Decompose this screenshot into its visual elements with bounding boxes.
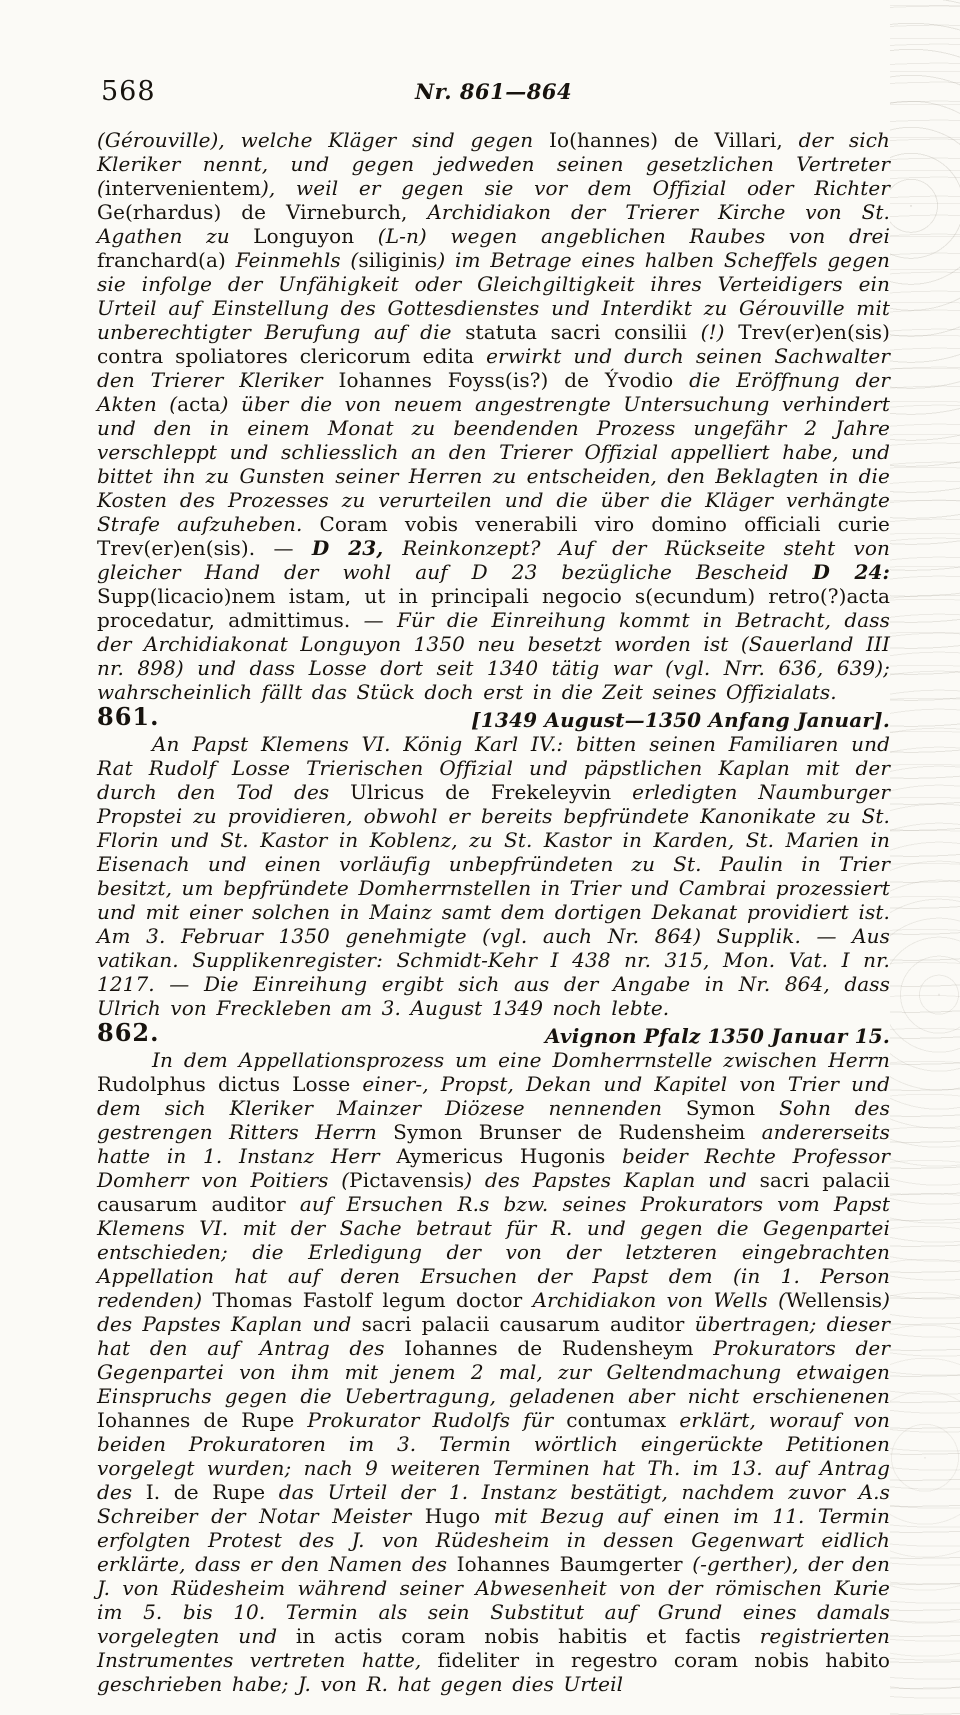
entry-861-head: 861. [1349 August—1350 Anfang Januar]. [97,705,890,732]
entry-862-number: 862. [97,1018,159,1047]
entry-861-body: An Papst Klemens VI. König Karl IV.: bit… [97,732,890,1020]
entry-862-dateline: Avignon Pfalz 1350 Januar 15. [545,1024,890,1048]
entry-861-dateline: [1349 August—1350 Anfang Januar]. [471,708,890,732]
entry-861: 861. [1349 August—1350 Anfang Januar]. A… [97,705,890,1020]
scanned-book-page: { "colors": { "ink": "#17130e", "paper":… [0,0,960,1715]
entry-862-head: 862. Avignon Pfalz 1350 Januar 15. [97,1021,890,1048]
scan-noise-overlay [890,0,960,1715]
text-block: (Gérouville), welche Kläger sind gegen I… [97,128,890,1696]
page-header: 568 Nr. 861—864 [97,76,890,108]
page: 568 Nr. 861—864 (Gérouville), welche Klä… [97,76,890,1696]
entry-862: 862. Avignon Pfalz 1350 Januar 15. In de… [97,1021,890,1696]
entry-862-body: In dem Appellationsprozess um eine Domhe… [97,1048,890,1696]
header-title: Nr. 861—864 [97,79,890,104]
paragraph-continuation: (Gérouville), welche Kläger sind gegen I… [97,128,890,704]
entry-861-number: 861. [97,702,159,731]
